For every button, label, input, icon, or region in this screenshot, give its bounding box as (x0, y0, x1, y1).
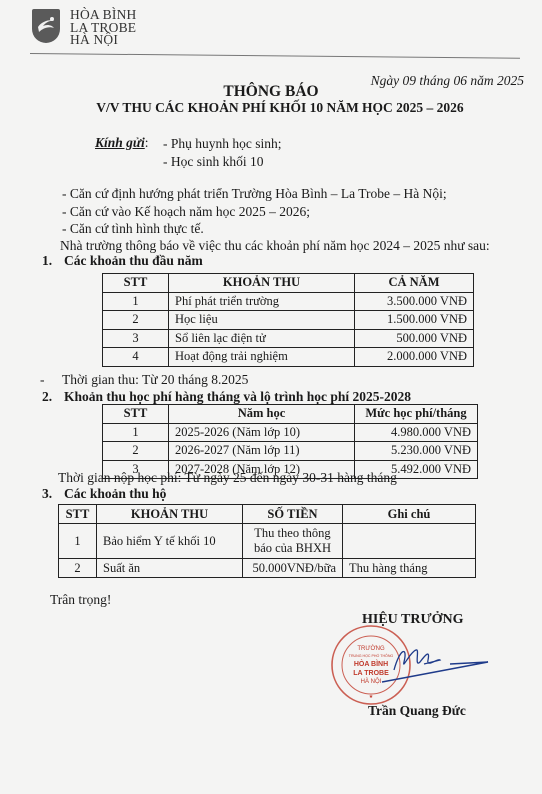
section-title: Khoản thu học phí hàng tháng và lộ trình… (64, 389, 411, 404)
row-index: 3 (103, 329, 169, 348)
school-crest-icon (32, 9, 60, 43)
header-divider (30, 53, 520, 59)
row-index: 2 (59, 559, 97, 578)
collection-on-behalf-table: STT KHOẢN THU SỐ TIỀN Ghi chú 1 Bảo hiểm… (58, 504, 476, 578)
monthly-fee: 5.230.000 VNĐ (355, 442, 478, 461)
section-2-heading: 2.Khoản thu học phí hàng tháng và lộ trì… (42, 389, 411, 405)
row-index: 1 (103, 292, 169, 311)
fee-item: Sổ liên lạc điện tử (169, 329, 355, 348)
table-header-row: STT KHOẢN THU CẢ NĂM (103, 274, 474, 293)
column-header: STT (103, 274, 169, 293)
basis-item: - Căn cứ tình hình thực tế. (62, 220, 447, 238)
row-index: 2 (103, 442, 169, 461)
tuition-table: STT Năm học Mức học phí/tháng 1 2025-202… (102, 404, 478, 479)
fee-note (343, 524, 476, 559)
document-title: THÔNG BÁO (0, 83, 542, 101)
column-header: KHOẢN THU (169, 274, 355, 293)
school-name-line-3: HÀ NỘI (70, 34, 136, 47)
table-row: 1 Bảo hiểm Y tế khối 10 Thu theo thông b… (59, 524, 476, 559)
table-row: 3 Sổ liên lạc điện tử 500.000 VNĐ (103, 329, 474, 348)
section-number: 3. (42, 486, 64, 502)
column-header: KHOẢN THU (97, 505, 243, 524)
recipients-label-colon: : (145, 135, 149, 150)
initial-fees-table: STT KHOẢN THU CẢ NĂM 1 Phí phát triển tr… (102, 273, 474, 367)
fee-amount: 2.000.000 VNĐ (355, 348, 474, 367)
basis-item: - Căn cứ vào Kế hoạch năm học 2025 – 202… (62, 203, 447, 221)
closing-remark: Trân trọng! (50, 592, 111, 608)
column-header: Mức học phí/tháng (355, 405, 478, 424)
document-subtitle: V/V THU CÁC KHOẢN PHÍ KHỐI 10 NĂM HỌC 20… (0, 100, 542, 116)
section-1-heading: 1.Các khoản thu đầu năm (42, 253, 203, 269)
row-index: 1 (103, 423, 169, 442)
row-index: 1 (59, 524, 97, 559)
section-title: Các khoản thu đầu năm (64, 253, 203, 268)
stamp-text: HÀ NỘI (361, 678, 382, 685)
fee-amount: Thu theo thông báo của BHXH (243, 524, 343, 559)
recipient-item: - Phụ huynh học sinh; (163, 135, 282, 153)
recipients-label-text: Kính gửi (95, 135, 145, 150)
column-header: STT (59, 505, 97, 524)
monthly-fee: 4.980.000 VNĐ (355, 423, 478, 442)
section-3-heading: 3.Các khoản thu hộ (42, 486, 166, 502)
fee-amount: 50.000VNĐ/bữa (243, 559, 343, 578)
fee-amount: 1.500.000 VNĐ (355, 311, 474, 330)
svg-text:★: ★ (369, 694, 374, 700)
school-year: 2026-2027 (Năm lớp 11) (169, 442, 355, 461)
handwritten-signature-icon (380, 640, 490, 685)
section-1-note: -Thời gian thu: Từ 20 tháng 8.2025 (40, 372, 248, 388)
intro-paragraph: Nhà trường thông báo về việc thu các kho… (60, 238, 490, 254)
column-header: STT (103, 405, 169, 424)
school-name: HÒA BÌNH LA TROBE HÀ NỘI (70, 9, 136, 47)
section-number: 2. (42, 389, 64, 405)
table-header-row: STT KHOẢN THU SỐ TIỀN Ghi chú (59, 505, 476, 524)
row-index: 4 (103, 348, 169, 367)
fee-item: Hoạt động trải nghiệm (169, 348, 355, 367)
table-row: 1 2025-2026 (Năm lớp 10) 4.980.000 VNĐ (103, 423, 478, 442)
section-title: Các khoản thu hộ (64, 486, 166, 501)
fee-note: Thu hàng tháng (343, 559, 476, 578)
fee-amount: 500.000 VNĐ (355, 329, 474, 348)
bullet-dash: - (40, 372, 62, 388)
table-header-row: STT Năm học Mức học phí/tháng (103, 405, 478, 424)
column-header: Năm học (169, 405, 355, 424)
school-year: 2025-2026 (Năm lớp 10) (169, 423, 355, 442)
section-2-note: Thời gian nộp học phí: Từ ngày 25 đến ng… (58, 470, 397, 486)
table-row: 2 Học liệu 1.500.000 VNĐ (103, 311, 474, 330)
table-row: 1 Phí phát triển trường 3.500.000 VNĐ (103, 292, 474, 311)
table-row: 2 Suất ăn 50.000VNĐ/bữa Thu hàng tháng (59, 559, 476, 578)
column-header: CẢ NĂM (355, 274, 474, 293)
fee-item: Phí phát triển trường (169, 292, 355, 311)
column-header: SỐ TIỀN (243, 505, 343, 524)
recipients-label: Kính gửi: (95, 135, 149, 151)
row-index: 2 (103, 311, 169, 330)
table-row: 4 Hoạt động trải nghiệm 2.000.000 VNĐ (103, 348, 474, 367)
table-row: 2 2026-2027 (Năm lớp 11) 5.230.000 VNĐ (103, 442, 478, 461)
recipients-list: - Phụ huynh học sinh; - Học sinh khối 10 (163, 135, 282, 171)
collection-period: Thời gian thu: Từ 20 tháng 8.2025 (62, 372, 248, 387)
basis-item: - Căn cứ định hướng phát triển Trường Hò… (62, 185, 447, 203)
signer-name: Trần Quang Đức (368, 703, 466, 719)
fee-item: Bảo hiểm Y tế khối 10 (97, 524, 243, 559)
fee-amount: 3.500.000 VNĐ (355, 292, 474, 311)
recipient-item: - Học sinh khối 10 (163, 153, 282, 171)
column-header: Ghi chú (343, 505, 476, 524)
basis-list: - Căn cứ định hướng phát triển Trường Hò… (62, 185, 447, 238)
section-number: 1. (42, 253, 64, 269)
fee-item: Suất ăn (97, 559, 243, 578)
fee-item: Học liệu (169, 311, 355, 330)
